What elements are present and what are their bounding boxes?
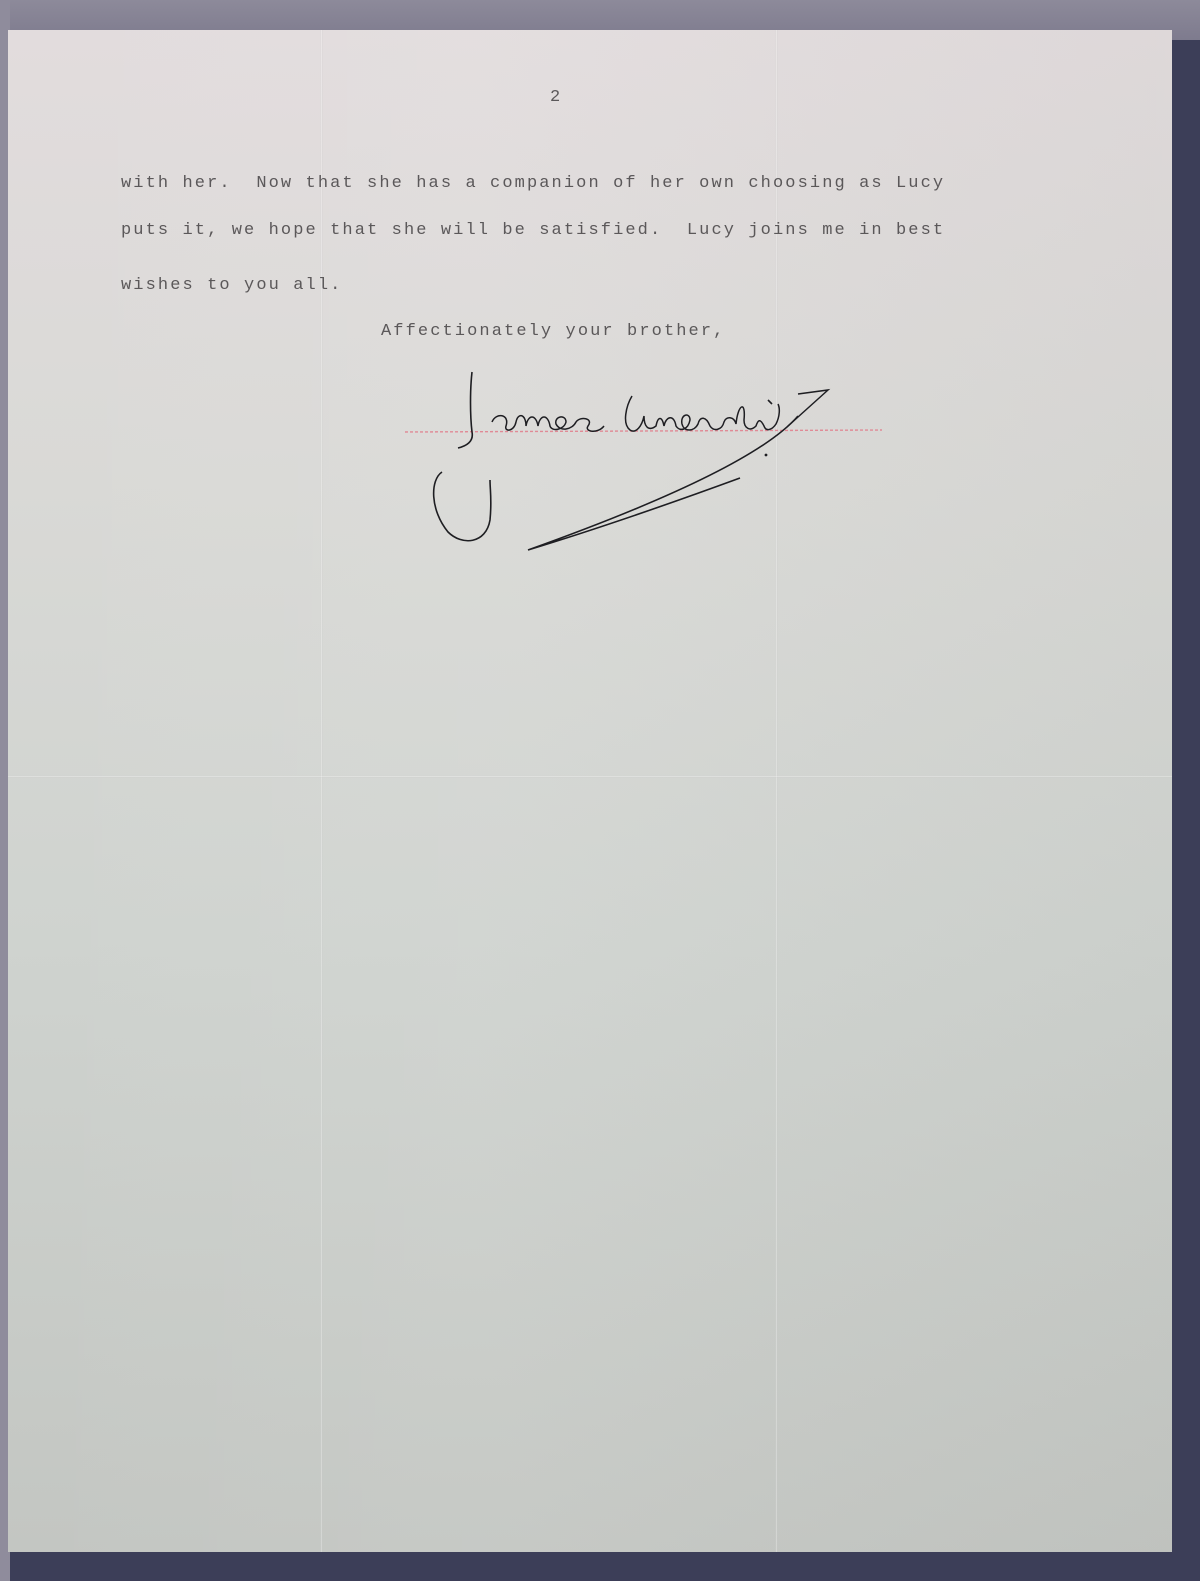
closing-salutation: Affectionately your brother, [381, 322, 725, 341]
letter-page [8, 30, 1172, 1552]
signature-rule [405, 430, 882, 432]
body-line: wishes to you all. [121, 276, 342, 295]
body-line: puts it, we hope that she will be satisf… [121, 221, 945, 240]
body-line: with her. Now that she has a companion o… [121, 174, 945, 193]
fold-line-horizontal [8, 775, 1172, 778]
fold-line-vertical-left [320, 30, 323, 1552]
page-number: 2 [550, 88, 562, 107]
fold-line-vertical-right [775, 30, 778, 1552]
handwritten-signature [400, 360, 890, 560]
signature-name: James Underhill [2, 396, 10, 397]
